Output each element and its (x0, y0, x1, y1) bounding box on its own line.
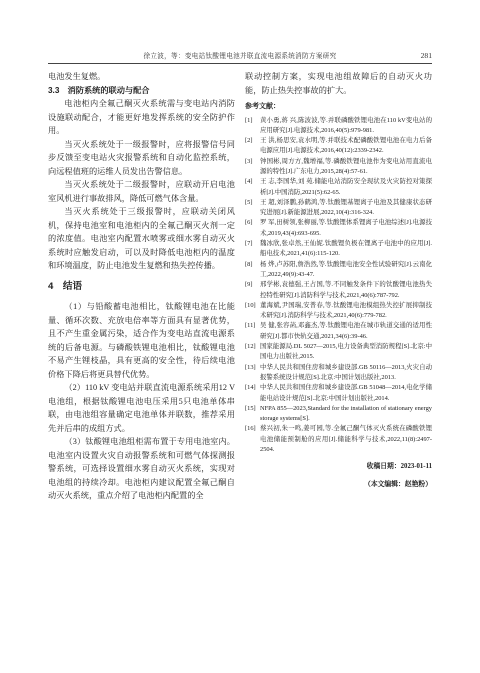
paragraph: （1）与铅酸蓄电池相比，钛酸锂电池在比能量、循环次数、充放电倍率等方面具有显著优… (48, 300, 235, 381)
reference-number: [10] (245, 301, 260, 322)
reference-text: 黄小勇,蒋 兴,陈波波,等.并联磷酸铁锂电池在110 kV变电站的应用研究[J]… (260, 116, 432, 137)
two-column-body: 电池发生复燃。 3.3 消防系统的联动与配合 电池柜内全氟己酮灭火系统需与变电站… (48, 70, 432, 503)
reference-number: [2] (245, 136, 260, 157)
reference-item: [10] 董海斌,尹国瑞,安普春,等.钛酸锂电池模组热失控扩展抑制技术研究[J]… (245, 301, 432, 322)
reference-text: 国家能源局.DL 5027—2015,电力设备典型消防规程[S].北京:中国电力… (260, 342, 432, 363)
section-3-3-paragraphs: 电池柜内全氟己酮灭火系统需与变电站内消防设施联动配合，才能更好地发挥系统的安全防… (48, 97, 235, 273)
reference-text: 王 超,刘泽鹏,孙鹤鸿,等.钛酸锂基锂离子电池及其健康状态研究进展[J].新能源… (260, 198, 432, 219)
reference-number: [12] (245, 342, 260, 363)
left-column: 电池发生复燃。 3.3 消防系统的联动与配合 电池柜内全氟己酮灭火系统需与变电站… (48, 70, 235, 503)
conclusion-paragraphs: （1）与铅酸蓄电池相比，钛酸锂电池在比能量、循环次数、充放电倍率等方面具有显著优… (48, 300, 235, 503)
reference-item: [4] 王 志,李国华,刘 苑.储能电站消防安全现状及火灾防控对策探析[J].中… (245, 177, 432, 198)
reference-number: [8] (245, 260, 260, 281)
reference-number: [16] (245, 424, 260, 455)
reference-number: [11] (245, 321, 260, 342)
reference-number: [5] (245, 198, 260, 219)
reference-text: 钟国彬,周方方,魏增福,等.磷酸铁锂电池作为变电站用直流电源的特性[J].广东电… (260, 157, 432, 178)
paragraph: （2）110 kV 变电站并联直流电源系统采用12 V电池组，根据钛酸锂电池电压… (48, 381, 235, 435)
reference-number: [13] (245, 363, 260, 384)
reference-item: [3] 钟国彬,周方方,魏增福,等.磷酸铁锂电池作为变电站用直流电源的特性[J]… (245, 157, 432, 178)
reference-number: [14] (245, 383, 260, 404)
reference-number: [15] (245, 404, 260, 425)
references-list: [1] 黄小勇,蒋 兴,陈波波,等.并联磷酸铁锂电池在110 kV变电站的应用研… (245, 116, 432, 456)
paragraph: （3）钛酸锂电池组柜需布置于专用电池室内。电池室内设置火灾自动报警系统和可燃气体… (48, 435, 235, 503)
paragraph-continuation: 联动控制方案，实现电池组故障后的自动灭火功能，防止热失控事故的扩大。 (245, 70, 432, 97)
reference-text: 魏冰欣,张卓然,王仙妮.钛酸锂负极在锂离子电池中的应用[J].船电技术,2021… (260, 239, 432, 260)
reference-number: [9] (245, 280, 260, 301)
reference-text: NFPA 855—2023,Standard for the installat… (260, 404, 432, 425)
reference-text: 蔡兴初,朱一鸣,姜可园,等.全氟己酮气体灭火系统在磷酸铁锂电池储能预制舱的应用[… (260, 424, 432, 455)
reference-item: [14] 中华人民共和国住房和城乡建设部.GB 51048—2014,电化学储能… (245, 383, 432, 404)
paragraph: 电池柜内全氟己酮灭火系统需与变电站内消防设施联动配合，才能更好地发挥系统的安全防… (48, 97, 235, 138)
reference-item: [8] 杨 烨,卢苏阳,詹浩然,等.钛酸锂电池安全性试验研究[J].云南化工,2… (245, 260, 432, 281)
reference-number: [6] (245, 218, 260, 239)
reference-number: [4] (245, 177, 260, 198)
reference-text: 中华人民共和国住房和城乡建设部.GB 50116—2013,火灾自动报警系统设计… (260, 363, 432, 384)
reference-text: 王 志,李国华,刘 苑.储能电站消防安全现状及火灾防控对策探析[J].中国消防,… (260, 177, 432, 198)
reference-item: [6] 罗 军,田树领,张柳丽,等.钛酸锂体系锂离子电池综述[J].电源技术,2… (245, 218, 432, 239)
reference-text: 中华人民共和国住房和城乡建设部.GB 51048—2014,电化学储能电站设计规… (260, 383, 432, 404)
running-title: 徐立波，等：变电站钛酸锂电池并联直流电源系统消防方案研究 (78, 50, 402, 60)
page-header: 徐立波，等：变电站钛酸锂电池并联直流电源系统消防方案研究 281 (48, 50, 432, 64)
references-heading: 参考文献： (245, 100, 432, 114)
right-column: 联动控制方案，实现电池组故障后的自动灭火功能，防止热失控事故的扩大。 参考文献：… (245, 70, 432, 503)
editor-note: （本文编辑：赵艳粉） (245, 479, 432, 490)
section-heading-4: 4 结语 (48, 280, 235, 294)
reference-text: 董海斌,尹国瑞,安普春,等.钛酸锂电池模组热失控扩展抑制技术研究[J].消防科学… (260, 301, 432, 322)
reference-item: [7] 魏冰欣,张卓然,王仙妮.钛酸锂负极在锂离子电池中的应用[J].船电技术,… (245, 239, 432, 260)
reference-text: 王 洪,杨思安,袁水明,等.并联技术配磷酸铁锂电池在电力后备电源应用[J].电源… (260, 136, 432, 157)
reference-text: 吴 健,张容菡,邓鑫杰,等.钛酸锂电池在城市轨道交通的适用性研究[J].都市快轨… (260, 321, 432, 342)
paragraph: 当灭火系统处于二级报警时，应联动开启电池室风机进行事故排风，降低可燃气体含量。 (48, 178, 235, 205)
reference-text: 罗 军,田树领,张柳丽,等.钛酸锂体系锂离子电池综述[J].电源技术,2019,… (260, 218, 432, 239)
reference-item: [9] 邢学彬,袁德强,王占国,等.不同触发条件下的钛酸锂电池热失控特性研究[J… (245, 280, 432, 301)
reference-item: [13] 中华人民共和国住房和城乡建设部.GB 50116—2013,火灾自动报… (245, 363, 432, 384)
paragraph: 当灭火系统处于三级报警时，应联动关闭风机，保持电池室和电池柜内的全氟己酮灭火剂一… (48, 205, 235, 273)
reference-item: [1] 黄小勇,蒋 兴,陈波波,等.并联磷酸铁锂电池在110 kV变电站的应用研… (245, 116, 432, 137)
reference-item: [12] 国家能源局.DL 5027—2015,电力设备典型消防规程[S].北京… (245, 342, 432, 363)
reference-number: [3] (245, 157, 260, 178)
reference-item: [11] 吴 健,张容菡,邓鑫杰,等.钛酸锂电池在城市轨道交通的适用性研究[J]… (245, 321, 432, 342)
reference-item: [2] 王 洪,杨思安,袁水明,等.并联技术配磷酸铁锂电池在电力后备电源应用[J… (245, 136, 432, 157)
paper-page: 徐立波，等：变电站钛酸锂电池并联直流电源系统消防方案研究 281 电池发生复燃。… (0, 0, 480, 673)
reference-text: 杨 烨,卢苏阳,詹浩然,等.钛酸锂电池安全性试验研究[J].云南化工,2022,… (260, 260, 432, 281)
paragraph-continuation: 电池发生复燃。 (48, 70, 235, 84)
paragraph: 当灭火系统处于一级报警时，应将报警信号同步反馈至变电站火灾报警系统和自动化监控系… (48, 138, 235, 179)
reference-item: [15] NFPA 855—2023,Standard for the inst… (245, 404, 432, 425)
reference-item: [5] 王 超,刘泽鹏,孙鹤鸿,等.钛酸锂基锂离子电池及其健康状态研究进展[J]… (245, 198, 432, 219)
reference-number: [7] (245, 239, 260, 260)
reference-item: [16] 蔡兴初,朱一鸣,姜可园,等.全氟己酮气体灭火系统在磷酸铁锂电池储能预制… (245, 424, 432, 455)
section-heading-3-3: 3.3 消防系统的联动与配合 (48, 84, 235, 98)
reference-number: [1] (245, 116, 260, 137)
reference-text: 邢学彬,袁德强,王占国,等.不同触发条件下的钛酸锂电池热失控特性研究[J].消防… (260, 280, 432, 301)
received-date: 收稿日期：2023-01-11 (245, 461, 432, 472)
page-number: 281 (402, 51, 432, 60)
